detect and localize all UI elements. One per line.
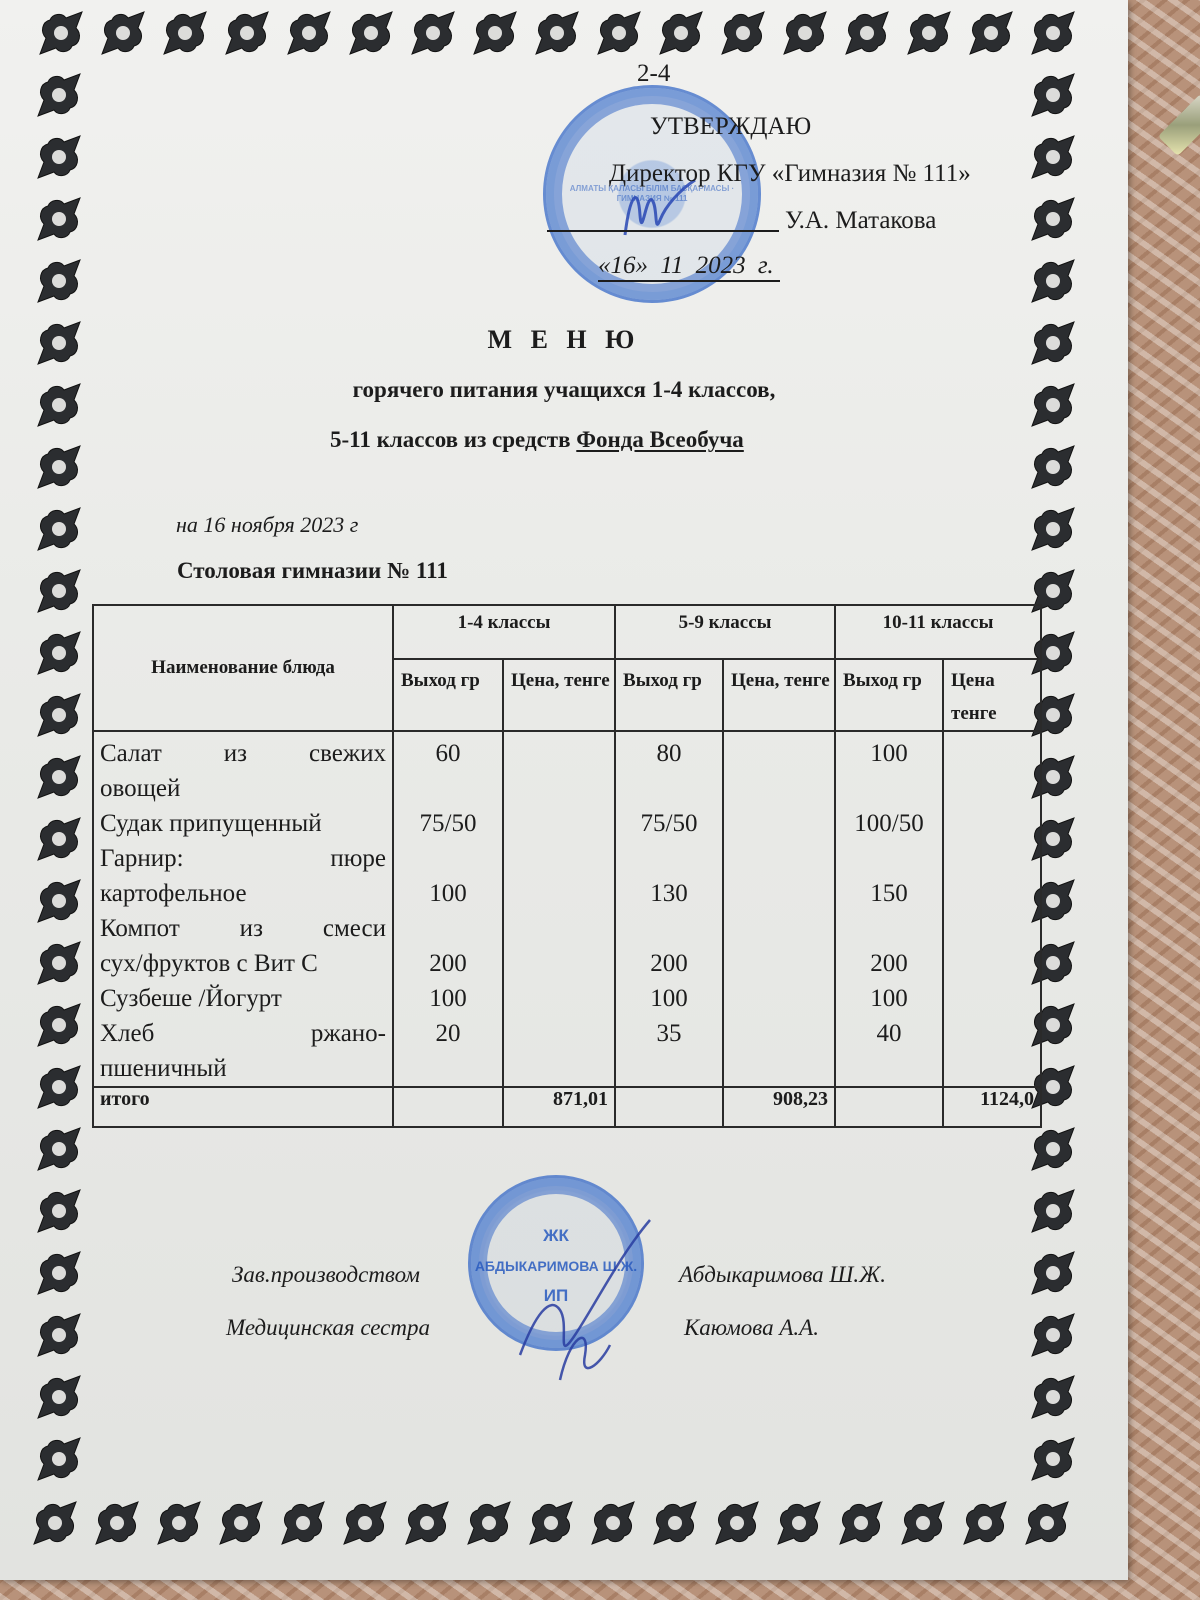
yield-values-5-9: 8075/5013020010035 [615, 731, 723, 1087]
border-ornament-icon [216, 1498, 266, 1548]
producer-signature [500, 1215, 660, 1385]
signer-name-production: Абдыкаримова Ш.Ж. [679, 1262, 886, 1288]
border-ornament-icon [836, 1498, 886, 1548]
group-header-1-4: 1-4 классы [393, 605, 615, 659]
border-ornament-icon [34, 1248, 84, 1298]
border-ornament-icon [34, 132, 84, 182]
yield-value [394, 911, 502, 946]
border-ornament-icon [34, 938, 84, 988]
yield-value [836, 771, 942, 806]
border-ornament-icon [98, 8, 148, 58]
border-ornament-icon [1028, 1434, 1078, 1484]
border-ornament-icon [960, 1498, 1010, 1548]
border-ornament-icon [278, 1498, 328, 1548]
border-ornament-icon [1028, 194, 1078, 244]
dish-names-cell: Салат из свежиховощейСудак припущенныйГа… [93, 731, 393, 1087]
yield-value: 20 [394, 1016, 502, 1051]
border-ornament-icon [34, 256, 84, 306]
yield-value: 75/50 [616, 806, 722, 841]
document-code: 2-4 [637, 60, 670, 88]
border-ornament-icon [34, 1186, 84, 1236]
dish-name-line: Компот из смеси [100, 911, 386, 946]
total-price-1-4: 871,01 [503, 1087, 615, 1127]
approval-date: «16» 11 2023 г. [598, 252, 780, 282]
border-ornament-icon [34, 690, 84, 740]
price-header: Цена, тенге [503, 659, 615, 731]
border-ornament-icon [1028, 1186, 1078, 1236]
price-values-10-11 [943, 731, 1041, 1087]
border-ornament-icon [34, 1310, 84, 1360]
border-ornament-icon [718, 8, 768, 58]
dish-name-line: Сузбеше /Йогурт [100, 981, 386, 1016]
border-ornament-icon [34, 876, 84, 926]
border-ornament-icon [712, 1498, 762, 1548]
yield-value: 130 [616, 876, 722, 911]
dish-column-header: Наименование блюда [93, 605, 393, 731]
border-ornament-icon [154, 1498, 204, 1548]
border-ornament-icon [34, 1434, 84, 1484]
border-ornament-icon [34, 628, 84, 678]
yield-value [836, 911, 942, 946]
border-ornament-icon [588, 1498, 638, 1548]
signer-name-nurse: Каюмова А.А. [684, 1315, 819, 1341]
border-ornament-icon [470, 8, 520, 58]
document-page: АЛМАТЫ ҚАЛАСЫ БІЛІМ БАСҚАРМАСЫ · ГИМНАЗИ… [0, 0, 1128, 1580]
border-ornament-icon [650, 1498, 700, 1548]
dish-name-line: пшеничный [100, 1051, 386, 1086]
subtitle-prefix: 5-11 классов из средств [330, 427, 576, 452]
price-values-5-9 [723, 731, 835, 1087]
border-ornament-icon [656, 8, 706, 58]
border-ornament-icon [966, 8, 1016, 58]
yield-value: 100 [394, 981, 502, 1016]
border-ornament-icon [160, 8, 210, 58]
border-ornament-icon [594, 8, 644, 58]
yield-value: 100 [836, 736, 942, 771]
border-ornament-icon [532, 8, 582, 58]
border-ornament-icon [34, 1062, 84, 1112]
menu-subtitle-line1: горячего питания учащихся 1-4 классов, [0, 377, 1128, 403]
canteen-name: Столовая гимназии № 111 [177, 558, 448, 584]
border-ornament-icon [1028, 1248, 1078, 1298]
yield-value [836, 841, 942, 876]
border-ornament-icon [1028, 70, 1078, 120]
border-ornament-icon [34, 442, 84, 492]
table-body-row: Салат из свежиховощейСудак припущенныйГа… [93, 731, 1041, 1087]
border-ornament-icon [34, 194, 84, 244]
border-ornament-icon [340, 1498, 390, 1548]
border-ornament-icon [36, 8, 86, 58]
border-ornament-icon [1028, 442, 1078, 492]
border-ornament-icon [526, 1498, 576, 1548]
border-ornament-icon [34, 1124, 84, 1174]
border-ornament-icon [1028, 1310, 1078, 1360]
total-price-10-11: 1124,0 [943, 1087, 1041, 1127]
dish-name-line: Судак припущенный [100, 806, 386, 841]
border-ornament-icon [402, 1498, 452, 1548]
yield-value [394, 771, 502, 806]
border-ornament-icon [284, 8, 334, 58]
signer-role-production: Зав.производством [232, 1262, 420, 1288]
yield-values-10-11: 100100/5015020010040 [835, 731, 943, 1087]
approve-heading: УТВЕРЖДАЮ [650, 113, 811, 141]
border-ornament-icon [464, 1498, 514, 1548]
border-ornament-icon [34, 504, 84, 554]
menu-table: Наименование блюда 1-4 классы 5-9 классы… [92, 604, 1042, 1128]
yield-value [394, 841, 502, 876]
yield-values-1-4: 6075/5010020010020 [393, 731, 503, 1087]
border-ornament-icon [1028, 504, 1078, 554]
yield-value: 100 [394, 876, 502, 911]
yield-value [616, 911, 722, 946]
total-row: итого 871,01 908,23 1124,0 [93, 1087, 1041, 1127]
border-ornament-icon [34, 752, 84, 802]
total-price-5-9: 908,23 [723, 1087, 835, 1127]
menu-title: М Е Н Ю [0, 325, 1128, 355]
yield-value: 40 [836, 1016, 942, 1051]
yield-value: 100/50 [836, 806, 942, 841]
dish-name-line: Гарнир: пюре [100, 841, 386, 876]
border-ornament-icon [1028, 132, 1078, 182]
border-ornament-icon [30, 1498, 80, 1548]
border-ornament-icon [34, 566, 84, 616]
total-yield-5-9 [615, 1087, 723, 1127]
yield-value: 150 [836, 876, 942, 911]
border-ornament-icon [842, 8, 892, 58]
yield-value: 100 [836, 981, 942, 1016]
border-ornament-icon [1028, 256, 1078, 306]
group-header-5-9: 5-9 классы [615, 605, 835, 659]
border-ornament-icon [34, 70, 84, 120]
dish-name-line: Салат из свежих [100, 736, 386, 771]
yield-value [616, 841, 722, 876]
dish-name-line: овощей [100, 771, 386, 806]
border-ornament-icon [34, 1000, 84, 1050]
signer-role-nurse: Медицинская сестра [226, 1315, 430, 1341]
yield-value: 60 [394, 736, 502, 771]
border-ornament-icon [1028, 1372, 1078, 1422]
yield-value: 200 [836, 946, 942, 981]
yield-value [616, 1051, 722, 1086]
dish-name-line: Хлеб ржано- [100, 1016, 386, 1051]
menu-date: на 16 ноября 2023 г [176, 512, 358, 538]
yield-value [616, 771, 722, 806]
price-values-1-4 [503, 731, 615, 1087]
border-ornament-icon [1028, 1124, 1078, 1174]
dish-name-line: сух/фруктов с Вит С [100, 946, 386, 981]
dish-name-line: картофельное [100, 876, 386, 911]
total-yield-10-11 [835, 1087, 943, 1127]
director-title: Директор КГУ «Гимназия № 111» [609, 160, 971, 188]
border-ornament-icon [1022, 1498, 1072, 1548]
total-yield-1-4 [393, 1087, 503, 1127]
border-ornament-icon [898, 1498, 948, 1548]
border-ornament-icon [222, 8, 272, 58]
border-ornament-icon [346, 8, 396, 58]
director-name: У.А. Матакова [785, 207, 936, 235]
border-ornament-icon [34, 814, 84, 864]
yield-value [394, 1051, 502, 1086]
yield-value: 100 [616, 981, 722, 1016]
group-header-10-11: 10-11 классы [835, 605, 1041, 659]
price-header: Цена тенге [943, 659, 1041, 731]
yield-value [836, 1051, 942, 1086]
yield-value: 200 [394, 946, 502, 981]
border-ornament-icon [774, 1498, 824, 1548]
border-ornament-icon [408, 8, 458, 58]
decorative-gem [1158, 94, 1200, 156]
yield-value: 200 [616, 946, 722, 981]
border-ornament-icon [780, 8, 830, 58]
yield-value: 35 [616, 1016, 722, 1051]
total-label: итого [93, 1087, 393, 1127]
border-ornament-icon [1028, 8, 1078, 58]
border-ornament-icon [904, 8, 954, 58]
yield-value: 80 [616, 736, 722, 771]
fund-name: Фонда Всеобуча [576, 427, 744, 452]
price-header: Цена, тенге [723, 659, 835, 731]
border-ornament-icon [34, 1372, 84, 1422]
yield-value: 75/50 [394, 806, 502, 841]
signature-line [547, 230, 779, 232]
yield-header: Выход гр [393, 659, 503, 731]
yield-header: Выход гр [615, 659, 723, 731]
menu-subtitle-line2: 5-11 классов из средств Фонда Всеобуча [330, 427, 744, 453]
border-ornament-icon [92, 1498, 142, 1548]
yield-header: Выход гр [835, 659, 943, 731]
